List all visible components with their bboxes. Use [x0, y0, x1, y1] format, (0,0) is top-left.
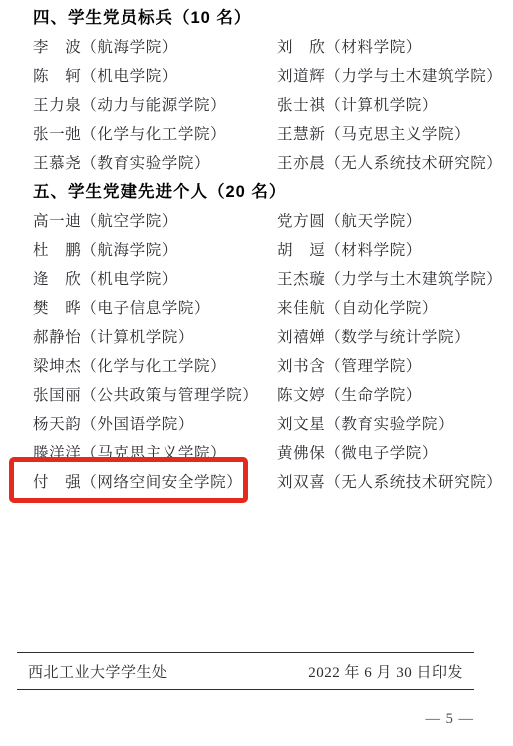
- award-row: 李 波（航海学院）刘 欣（材料学院）: [33, 33, 495, 62]
- award-row: 杜 鹏（航海学院）胡 逗（材料学院）: [33, 236, 495, 265]
- awardee-entry: 刘禧婵（数学与统计学院）: [277, 323, 470, 352]
- awardee-entry: 王杰璇（力学与土木建筑学院）: [277, 265, 502, 294]
- page-number: — 5 —: [426, 711, 475, 728]
- awardee-entry: 刘文星（教育实验学院）: [277, 410, 454, 439]
- awardee-entry: 樊 晔（电子信息学院）: [33, 294, 277, 323]
- award-row: 王慕尧（教育实验学院）王亦晨（无人系统技术研究院）: [33, 149, 495, 178]
- awardee-entry: 梁坤杰（化学与化工学院）: [33, 352, 277, 381]
- awardee-entry: 来佳航（自动化学院）: [277, 294, 438, 323]
- awardee-entry: 党方圆（航天学院）: [277, 207, 422, 236]
- awardee-entry: 张国丽（公共政策与管理学院）: [33, 381, 277, 410]
- awardee-entry: 陈文婷（生命学院）: [277, 381, 422, 410]
- award-row: 杨天韵（外国语学院）刘文星（教育实验学院）: [33, 410, 495, 439]
- award-section: 五、学生党建先进个人（20 名）高一迪（航空学院）党方圆（航天学院）杜 鹏（航海…: [33, 178, 495, 497]
- footer-issuer: 西北工业大学学生处: [28, 661, 168, 682]
- award-lists: 四、学生党员标兵（10 名）李 波（航海学院）刘 欣（材料学院）陈 轲（机电学院…: [33, 4, 495, 497]
- awardee-entry: 王亦晨（无人系统技术研究院）: [277, 149, 502, 178]
- awardee-entry: 付 强（网络空间安全学院）: [33, 468, 277, 497]
- awardee-entry: 张士祺（计算机学院）: [277, 91, 438, 120]
- awardee-entry: 郝静怡（计算机学院）: [33, 323, 277, 352]
- awardee-entry: 王力泉（动力与能源学院）: [33, 91, 277, 120]
- awardee-entry: 滕洋洋（马克思主义学院）: [33, 439, 277, 468]
- awardee-entry: 杨天韵（外国语学院）: [33, 410, 277, 439]
- awardee-entry: 高一迪（航空学院）: [33, 207, 277, 236]
- awardee-entry: 王慧新（马克思主义学院）: [277, 120, 470, 149]
- awardee-entry: 逄 欣（机电学院）: [33, 265, 277, 294]
- award-row: 梁坤杰（化学与化工学院）刘书含（管理学院）: [33, 352, 495, 381]
- awardee-entry: 黄佛保（微电子学院）: [277, 439, 438, 468]
- footer: 西北工业大学学生处 2022 年 6 月 30 日印发: [17, 652, 474, 690]
- award-row: 王力泉（动力与能源学院）张士祺（计算机学院）: [33, 91, 495, 120]
- awardee-entry: 刘书含（管理学院）: [277, 352, 422, 381]
- award-row: 张国丽（公共政策与管理学院）陈文婷（生命学院）: [33, 381, 495, 410]
- awardee-entry: 刘 欣（材料学院）: [277, 33, 422, 62]
- award-row: 逄 欣（机电学院）王杰璇（力学与土木建筑学院）: [33, 265, 495, 294]
- awardee-entry: 胡 逗（材料学院）: [277, 236, 422, 265]
- awardee-entry: 李 波（航海学院）: [33, 33, 277, 62]
- awardee-entry: 张一弛（化学与化工学院）: [33, 120, 277, 149]
- award-row: 陈 轲（机电学院）刘道辉（力学与土木建筑学院）: [33, 62, 495, 91]
- section-heading: 四、学生党员标兵（10 名）: [33, 4, 495, 33]
- award-section: 四、学生党员标兵（10 名）李 波（航海学院）刘 欣（材料学院）陈 轲（机电学院…: [33, 4, 495, 178]
- award-row: 高一迪（航空学院）党方圆（航天学院）: [33, 207, 495, 236]
- awardee-entry: 刘双喜（无人系统技术研究院）: [277, 468, 502, 497]
- awardee-entry: 陈 轲（机电学院）: [33, 62, 277, 91]
- award-row: 郝静怡（计算机学院）刘禧婵（数学与统计学院）: [33, 323, 495, 352]
- awardee-entry: 王慕尧（教育实验学院）: [33, 149, 277, 178]
- award-row: 樊 晔（电子信息学院）来佳航（自动化学院）: [33, 294, 495, 323]
- award-row: 付 强（网络空间安全学院）刘双喜（无人系统技术研究院）: [33, 468, 495, 497]
- award-row: 滕洋洋（马克思主义学院）黄佛保（微电子学院）: [33, 439, 495, 468]
- awardee-entry: 杜 鹏（航海学院）: [33, 236, 277, 265]
- section-heading: 五、学生党建先进个人（20 名）: [33, 178, 495, 207]
- footer-print-date: 2022 年 6 月 30 日印发: [308, 661, 463, 682]
- awardee-entry: 刘道辉（力学与土木建筑学院）: [277, 62, 502, 91]
- document-page: 四、学生党员标兵（10 名）李 波（航海学院）刘 欣（材料学院）陈 轲（机电学院…: [0, 0, 513, 746]
- award-row: 张一弛（化学与化工学院）王慧新（马克思主义学院）: [33, 120, 495, 149]
